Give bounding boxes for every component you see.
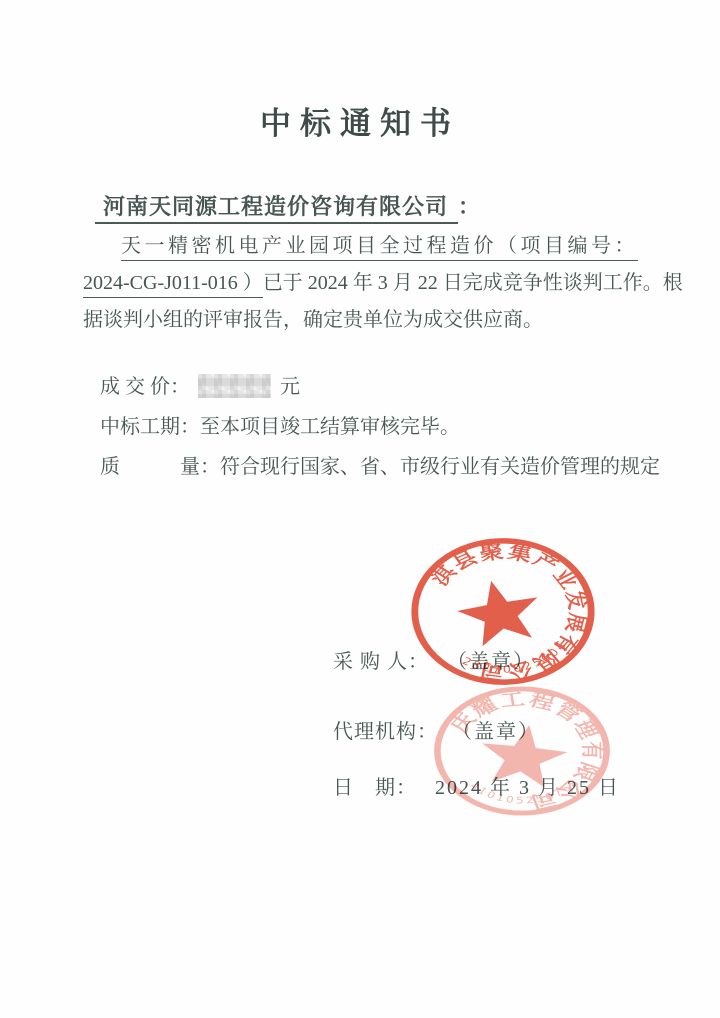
quality-label: 质 量： <box>100 456 220 478</box>
addressee-line: 河南天同源工程造价咨询有限公司： <box>95 190 481 224</box>
redacted-price-mosaic <box>198 374 271 398</box>
agency-label: 代理机构： <box>333 715 438 744</box>
date-row: 日 期：2024 年 3 月 25 日 <box>333 771 620 800</box>
project-name-underlined: 天一精密机电产业园项目全过程造价（项目编号： <box>121 234 638 261</box>
duration-text: 中标工期：至本项目竣工结算审核完毕。 <box>100 416 460 438</box>
terms-block: 成 交 价：元 中标工期：至本项目竣工结算审核完毕。 质 量：符合现行国家、省、… <box>100 371 660 491</box>
duration-row: 中标工期：至本项目竣工结算审核完毕。 <box>100 411 660 451</box>
award-notice-document: 中标通知书 河南天同源工程造价咨询有限公司： 天一精密机电产业园项目全过程造价（… <box>0 0 720 1018</box>
body-line-2: 2024-CG-J011-016 ）已于 2024 年 3 月 22 日完成竞争… <box>83 268 639 305</box>
seal-star-icon <box>451 574 547 649</box>
body-line-1: 天一精密机电产业园项目全过程造价（项目编号： <box>83 231 639 268</box>
price-unit: 元 <box>280 376 300 398</box>
body-paragraph: 天一精密机电产业园项目全过程造价（项目编号： 2024-CG-J011-016 … <box>83 231 639 342</box>
project-number-underlined: 2024-CG-J011-016 ） <box>83 271 263 298</box>
purchaser-row: 采 购 人：（盖章） <box>333 645 535 674</box>
document-title: 中标通知书 <box>0 98 720 143</box>
quality-value: 符合现行国家、省、市级行业有关造价管理的规定 <box>220 456 660 478</box>
date-value: 2024 年 3 月 25 日 <box>435 771 620 800</box>
date-label: 日 期： <box>333 771 433 800</box>
agency-seal-note: （盖章） <box>452 715 540 744</box>
price-row: 成 交 价：元 <box>100 371 660 411</box>
body-line-3-text: 据谈判小组的评审报告，确定贵单位为成交供应商。 <box>83 309 543 331</box>
agency-row: 代理机构：（盖章） <box>333 715 540 744</box>
body-line-2-text: 已于 2024 年 3 月 22 日完成竞争性谈判工作。根 <box>263 272 683 294</box>
quality-row: 质 量：符合现行国家、省、市级行业有关造价管理的规定 <box>100 451 660 491</box>
addressee-company-name: 河南天同源工程造价咨询有限公司 <box>95 190 458 224</box>
purchaser-label: 采 购 人： <box>333 645 433 674</box>
addressee-colon: ： <box>458 194 481 219</box>
price-label: 成 交 价： <box>100 376 190 398</box>
purchaser-seal-note: （盖章） <box>447 645 535 674</box>
body-line-3: 据谈判小组的评审报告，确定贵单位为成交供应商。 <box>83 305 639 342</box>
